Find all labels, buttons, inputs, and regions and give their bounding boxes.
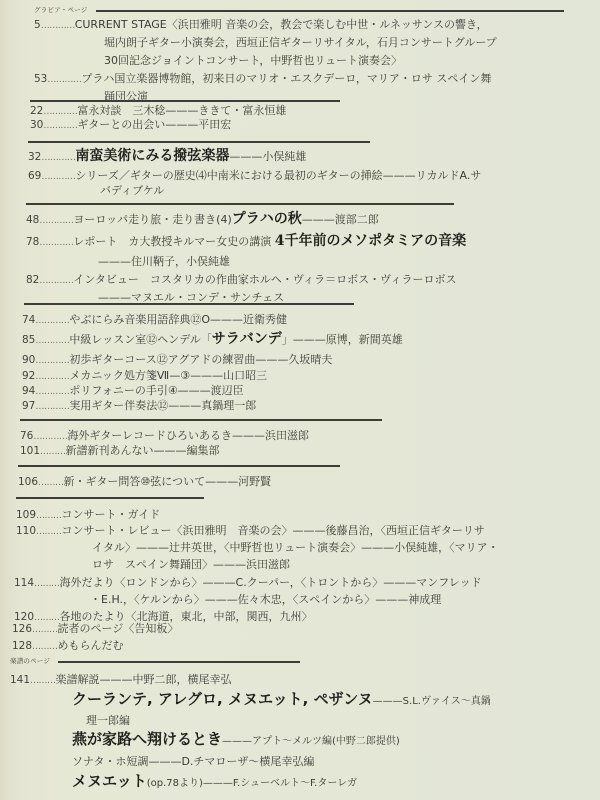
entry-text: レポート カ大教授キルマー女史の講演: [73, 235, 271, 248]
leader-dots: ………: [30, 676, 56, 686]
entry-text: 海外ギターレコードひろいあるき———浜田滋郎: [67, 429, 309, 442]
toc-entry-82: 82…………インタビュー コスタリカの作曲家ホルヘ・ヴィラ＝ロボス・ヴィラーロボ…: [26, 273, 457, 288]
toc-entry-30: 30…………ギターとの出会い———平田宏: [30, 118, 231, 133]
toc-entry-114-cont: ・E.H.，〈ケルンから〉———佐々木忠，〈スペインから〉———神成理: [90, 593, 441, 606]
entry-text: コンサート・レビュー〈浜田雅明 音楽の会〉———後藤昌治，〈西垣正信ギターリサ: [62, 524, 485, 537]
page-number: 97: [22, 400, 35, 413]
section-rule: [26, 203, 454, 205]
entry-text: 実用ギター伴奏法⑫———真鍋理一郎: [69, 399, 256, 412]
page-number: 53: [34, 73, 47, 86]
toc-entry-110-cont: ロサ スペイン舞踊団〉———浜田滋郎: [92, 558, 290, 571]
toc-entry-32: 32…………南蛮美術にみる撥弦楽器———小俣純雄: [28, 150, 306, 165]
score-entry-2: 燕が家路へ翔けるとき———アプト～メルツ編(中野二郎提供): [72, 733, 400, 748]
score-subtitle: (op.78より): [147, 778, 203, 789]
page-number: 85: [22, 334, 35, 347]
section-rule: [20, 419, 382, 421]
page-number: 82: [26, 274, 39, 287]
score-author: ———アプト～メルツ編(中野二郎提供): [222, 736, 400, 747]
entry-text: シリーズ／ギターの歴史⑷中南米における最初のギターの挿絵———リカルドA.サ: [75, 169, 481, 182]
entry-text: メカニック処方箋Ⅶ—③———山口昭三: [69, 369, 267, 382]
toc-entry-78: 78…………レポート カ大教授キルマー女史の講演 4千年前のメソポタミアの音楽: [26, 235, 466, 250]
page-number: 78: [26, 236, 39, 249]
leader-dots: ………: [36, 511, 62, 521]
entry-text: インタビュー コスタリカの作曲家ホルヘ・ヴィラ＝ロボス・ヴィラーロボス: [73, 273, 456, 286]
page-number: 32: [28, 151, 41, 164]
entry-title: 4千年前のメソポタミアの音楽: [275, 233, 466, 249]
table-of-contents-page: グラビア・ページ 5…………CURRENT STAGE〈浜田雅明 音楽の会，教会…: [0, 0, 600, 800]
toc-entry-141: 141………楽譜解説———中野二郎，横尾幸弘: [10, 673, 232, 688]
section-rule: [30, 100, 340, 102]
toc-entry-106: 106………新・ギター問答⑩弦について———河野賢: [18, 475, 271, 490]
leader-dots: ………: [38, 478, 64, 488]
entry-author: ———渡部二郎: [302, 213, 379, 226]
toc-entry-110-cont: イタル〉———辻井英世，〈中野哲也リュート演奏会〉———小俣純雄，〈マリア・: [92, 541, 499, 554]
page-number: 22: [30, 105, 43, 118]
leader-dots: …………: [39, 238, 73, 248]
toc-entry-128: 128………めもらんだむ: [12, 639, 124, 654]
leader-dots: …………: [35, 387, 69, 397]
toc-entry-126: 126………読者のページ〈告知板〉: [12, 622, 178, 637]
section-rule: [18, 465, 340, 467]
entry-text: ポリフォニーの手引④———渡辺臣: [69, 384, 243, 397]
leader-dots: …………: [35, 316, 69, 326]
toc-entry-74: 74…………やぶにらみ音楽用語辞典⑫O———近衛秀健: [22, 313, 287, 328]
entry-text: やぶにらみ音楽用語辞典⑫O———近衛秀健: [69, 313, 287, 326]
entry-title: 南蛮美術にみる撥弦楽器: [75, 148, 229, 164]
entry-title: サラバンデ: [212, 331, 282, 347]
page-number: 114: [14, 577, 34, 590]
section-rule: [96, 10, 564, 12]
entry-text: 読者のページ〈告知板〉: [58, 622, 179, 635]
section-rule: [24, 303, 354, 305]
toc-entry-5-cont: 堀内朗子ギター小演奏会，西垣正信ギターリサイタル，石月コンサートグループ: [104, 36, 497, 49]
entry-text: 新・ギター問答⑩弦について———河野賢: [64, 475, 272, 488]
score-entry-1-cont: 理一郎編: [86, 714, 130, 727]
score-title: 燕が家路へ翔けるとき: [72, 730, 222, 748]
page-number: 126: [12, 623, 32, 636]
toc-entry-22: 22…………富永対談 三木稔———ききて・富永恒雄: [30, 104, 286, 119]
entry-author: 」———原博，新間英雄: [282, 333, 403, 346]
section-label-gravure: グラビア・ページ: [34, 5, 87, 14]
leader-dots: …………: [43, 107, 77, 117]
score-title: クーランテ, アレグロ, メヌエット, ペザンヌ: [72, 690, 373, 708]
entry-text: CURRENT STAGE〈浜田雅明 音楽の会，教会で楽しむ中世・ルネッサンスの…: [75, 18, 488, 31]
page-number: 94: [22, 385, 35, 398]
page-number: 128: [12, 640, 32, 653]
toc-entry-109: 109………コンサート・ガイド: [16, 508, 160, 523]
leader-dots: …………: [41, 172, 75, 182]
toc-entry-90: 90…………初歩ギターコース⑫アグアドの練習曲———久坂晴夫: [22, 353, 332, 368]
toc-entry-5-cont: 30回記念ジョイントコンサート，中野哲也リュート演奏会〉: [104, 54, 402, 67]
page-number: 69: [28, 170, 41, 183]
leader-dots: …………: [41, 153, 75, 163]
leader-dots: …………: [39, 216, 73, 226]
toc-entry-101: 101………新譜新刊あんない———編集部: [20, 444, 220, 459]
score-title: メヌエット: [72, 772, 147, 790]
leader-dots: …………: [35, 402, 69, 412]
toc-entry-114: 114………海外だより〈ロンドンから〉———C.クーパー，〈トロントから〉———…: [14, 576, 482, 591]
entry-text: ギターとの出会い———平田宏: [77, 118, 231, 131]
toc-entry-85: 85…………中級レッスン室⑫ヘンデル「サラバンデ」———原博，新間英雄: [22, 333, 403, 348]
toc-entry-110: 110………コンサート・レビュー〈浜田雅明 音楽の会〉———後藤昌治，〈西垣正信…: [16, 524, 485, 539]
leader-dots: …………: [35, 336, 69, 346]
page-number: 30: [30, 119, 43, 132]
leader-dots: ………: [40, 447, 66, 457]
entry-text: プラハ国立楽器博物館，初来日のマリオ・エスクデーロ，マリア・ロサ スペイン舞: [81, 72, 491, 85]
leader-dots: …………: [35, 372, 69, 382]
toc-entry-69: 69…………シリーズ／ギターの歴史⑷中南米における最初のギターの挿絵———リカル…: [28, 169, 481, 184]
leader-dots: …………: [41, 21, 75, 31]
leader-dots: ………: [36, 527, 62, 537]
entry-text: ヨーロッパ走り旅・走り書き(4): [73, 213, 231, 226]
score-entry-3: ソナタ・ホ短調———D.チマローザ～横尾幸弘編: [72, 755, 314, 768]
leader-dots: ………: [32, 642, 58, 652]
section-rule: [16, 497, 204, 499]
leader-dots: …………: [35, 356, 69, 366]
toc-entry-94: 94…………ポリフォニーの手引④———渡辺臣: [22, 384, 244, 399]
leader-dots: ………: [32, 625, 58, 635]
score-author: ———S.L.ヴァイス～真鍋: [373, 696, 491, 707]
toc-entry-5: 5…………CURRENT STAGE〈浜田雅明 音楽の会，教会で楽しむ中世・ルネ…: [34, 18, 488, 33]
page-number: 76: [20, 430, 33, 443]
entry-text: めもらんだむ: [58, 639, 124, 652]
entry-text: 海外だより〈ロンドンから〉———C.クーパー，〈トロントから〉———マンフレッド: [60, 576, 482, 589]
toc-entry-78-cont: ———住川鞆子，小俣純雄: [98, 255, 230, 268]
page-number: 92: [22, 370, 35, 383]
toc-entry-92: 92…………メカニック処方箋Ⅶ—③———山口昭三: [22, 369, 267, 384]
entry-text: 中級レッスン室⑫ヘンデル「: [69, 333, 211, 346]
page-number: 5: [34, 19, 41, 32]
entry-text: 初歩ギターコース⑫アグアドの練習曲———久坂晴夫: [69, 353, 332, 366]
entry-text: コンサート・ガイド: [62, 508, 161, 521]
section-rule: [58, 661, 300, 663]
page-number: 48: [26, 214, 39, 227]
entry-text: 楽譜解説———中野二郎，横尾幸弘: [56, 673, 232, 686]
page-number: 101: [20, 445, 40, 458]
score-entry-4: メヌエット(op.78より)———F.シューベルト～F.ターレガ: [72, 775, 357, 790]
leader-dots: ………: [34, 579, 60, 589]
score-author: ———F.シューベルト～F.ターレガ: [203, 778, 357, 789]
section-label-score-pages: 楽譜のページ: [10, 656, 50, 665]
toc-entry-97: 97…………実用ギター伴奏法⑫———真鍋理一郎: [22, 399, 256, 414]
section-rule: [28, 141, 370, 143]
page-number: 110: [16, 525, 36, 538]
toc-entry-76: 76…………海外ギターレコードひろいあるき———浜田滋郎: [20, 429, 309, 444]
page-number: 90: [22, 354, 35, 367]
score-entry-1: クーランテ, アレグロ, メヌエット, ペザンヌ———S.L.ヴァイス～真鍋: [72, 693, 491, 708]
page-number: 141: [10, 674, 30, 687]
toc-entry-48: 48…………ヨーロッパ走り旅・走り書き(4)プラハの秋———渡部二郎: [26, 213, 379, 228]
toc-entry-69-cont: バディブケル: [100, 184, 164, 197]
leader-dots: …………: [33, 432, 67, 442]
entry-title: プラハの秋: [232, 211, 302, 227]
entry-text: 富永対談 三木稔———ききて・富永恒雄: [77, 104, 286, 117]
leader-dots: …………: [43, 121, 77, 131]
page-number: 109: [16, 509, 36, 522]
entry-author: ———小俣純雄: [229, 150, 306, 163]
toc-entry-53: 53…………プラハ国立楽器博物館，初来日のマリオ・エスクデーロ，マリア・ロサ ス…: [34, 72, 491, 87]
page-number: 74: [22, 314, 35, 327]
leader-dots: …………: [39, 276, 73, 286]
leader-dots: …………: [47, 75, 81, 85]
page-number: 106: [18, 476, 38, 489]
entry-text: 新譜新刊あんない———編集部: [66, 444, 220, 457]
